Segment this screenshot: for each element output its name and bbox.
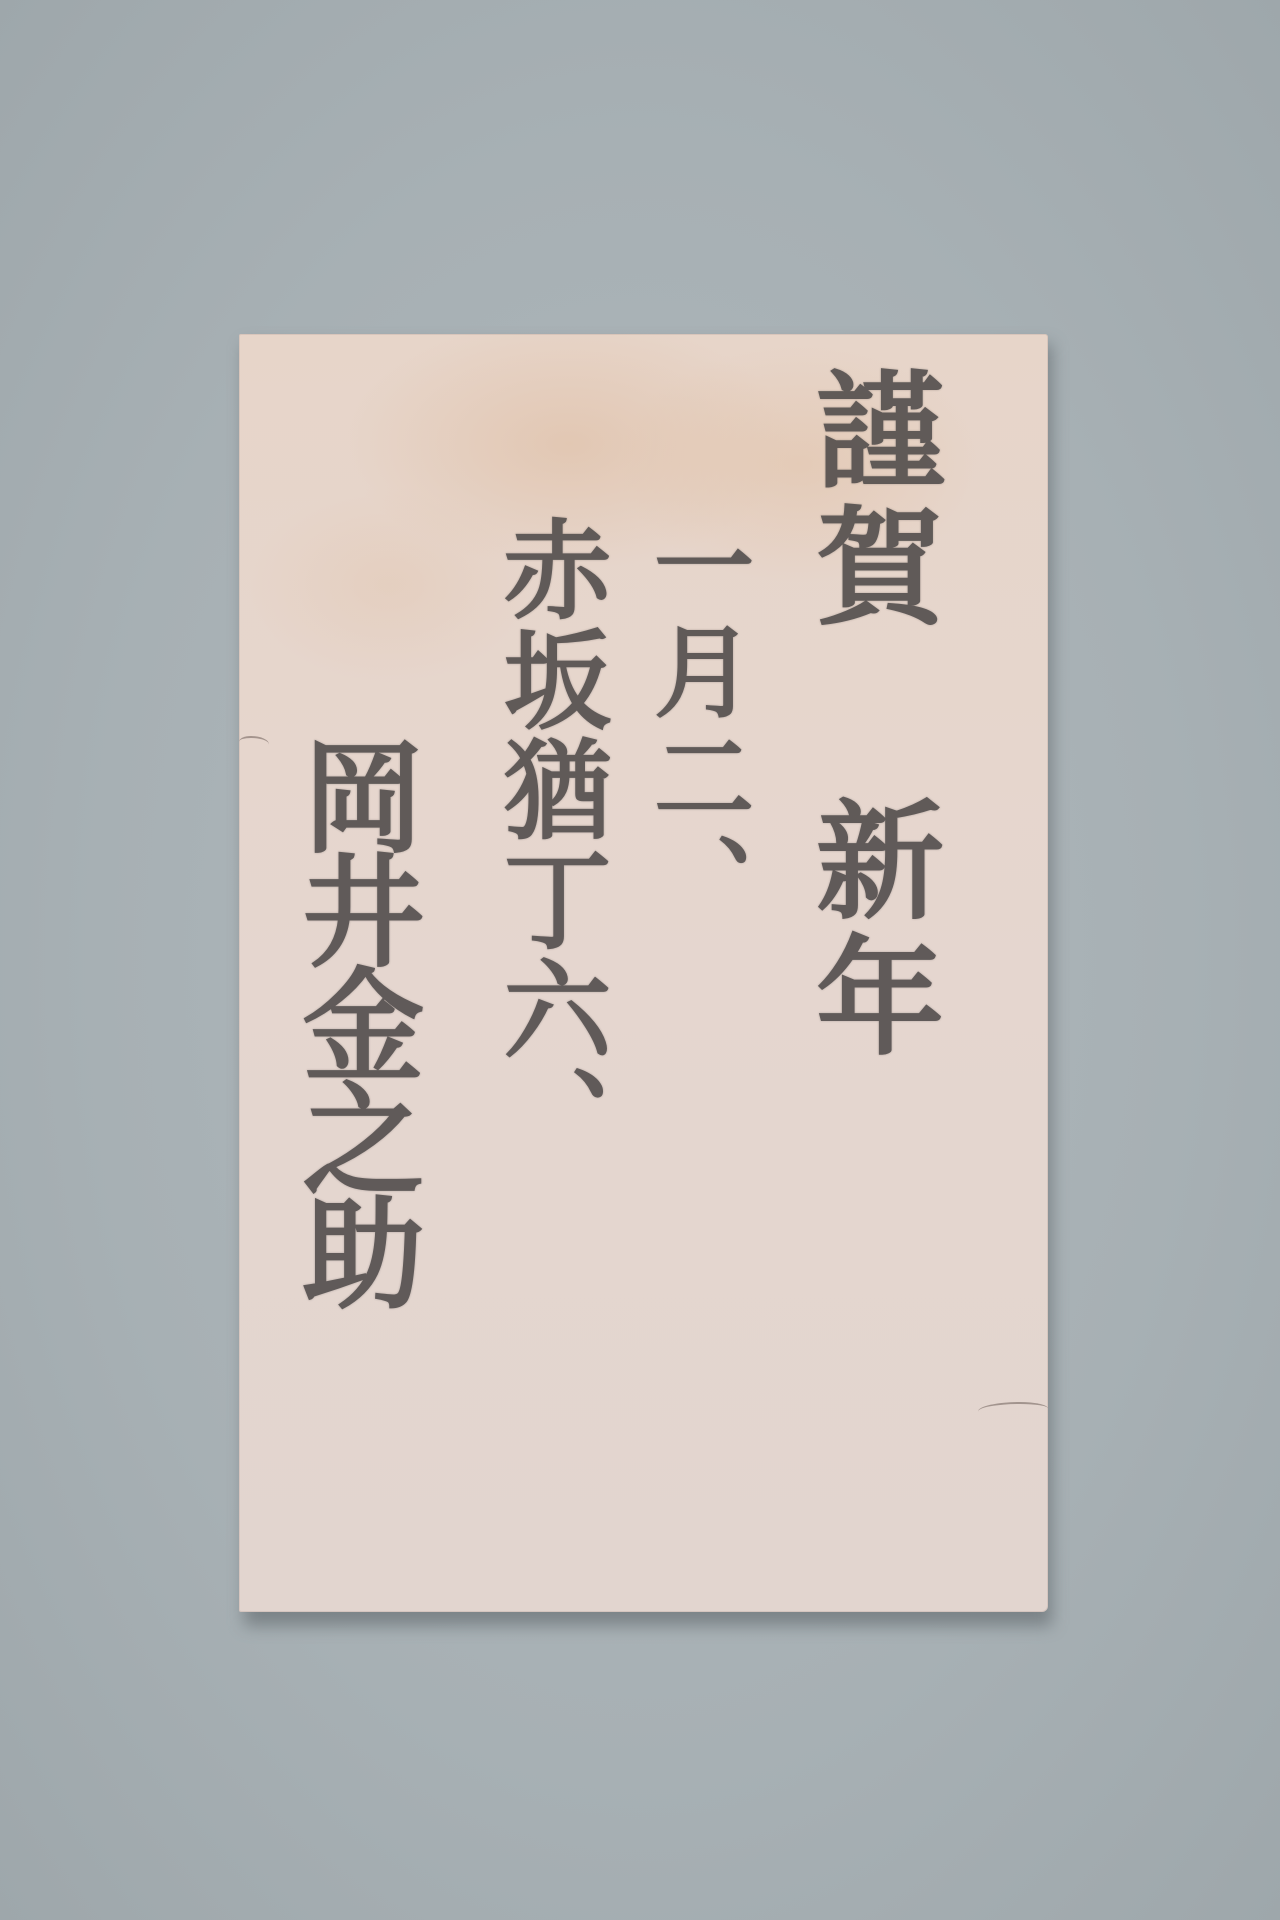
postcard: 謹賀 新年 一月二、 赤坂猶丁六、 岡井金之助	[239, 334, 1048, 1612]
tear-mark-left	[239, 736, 269, 750]
signature-column: 岡井金之助	[267, 734, 442, 1304]
address-column: 赤坂猶丁六、	[471, 514, 626, 1174]
date-column: 一月二、	[624, 514, 768, 938]
greeting-column: 謹賀 新年	[777, 364, 961, 1066]
tear-mark-right	[978, 1402, 1048, 1418]
